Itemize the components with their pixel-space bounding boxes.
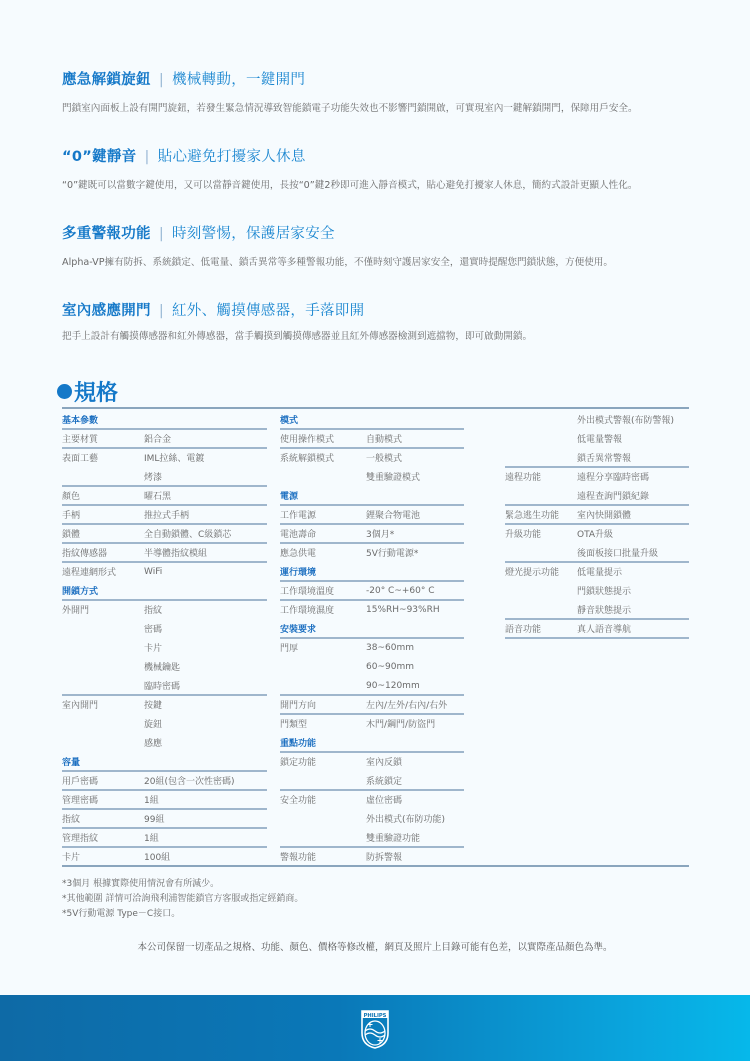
spec-value: 按鍵 [144, 698, 162, 711]
spec-value: 門鎖狀態提示 [577, 584, 631, 597]
spec-value: 一般模式 [366, 451, 402, 464]
spec-key: 管理密碼 [62, 793, 144, 806]
spec-row: 感應 [62, 733, 267, 752]
group-label: 重點功能 [280, 736, 316, 749]
spec-value: 低電量警報 [577, 432, 622, 445]
spec-row: 安全功能虛位密碼 [280, 790, 464, 809]
feature-heading: 多重警報功能|時刻警惕，保護居家安全 [62, 222, 692, 243]
feature-description: “0”鍵既可以當數字鍵使用，又可以當靜音鍵使用，長按“0”鍵2秒即可進入靜音模式… [62, 178, 692, 193]
spec-value: 全自動鎖體、C級鎖芯 [144, 527, 231, 540]
spec-row: 工作環境濕度15%RH~93%RH [280, 600, 464, 619]
feature-mute-key: “0”鍵靜音|貼心避免打擾家人休息 “0”鍵既可以當數字鍵使用，又可以當靜音鍵使… [62, 145, 692, 193]
spec-group-header: 開鎖方式 [62, 581, 267, 600]
spec-value: 鎖舌異常警報 [577, 451, 631, 464]
spec-value: 5V行動電源* [366, 546, 418, 559]
spec-row: 語音功能真人語音導航 [505, 619, 689, 638]
spec-row: 系統鎖定 [280, 771, 464, 790]
spec-group-header: 基本參數 [62, 410, 267, 429]
spec-key: 安全功能 [280, 793, 366, 806]
spec-key: 室內開門 [62, 698, 144, 711]
spec-value: 烤漆 [144, 470, 162, 483]
spec-row: 60~90mm [280, 657, 464, 676]
spec-value: IML拉絲、電鍍 [144, 451, 204, 464]
spec-row: 管理密碼1組 [62, 790, 267, 809]
spec-row: 表面工藝IML拉絲、電鍍 [62, 448, 267, 467]
spec-value: 雙重驗證模式 [366, 470, 420, 483]
spec-key: 門厚 [280, 641, 366, 654]
spec-value: 遠程查詢門鎖紀錄 [577, 489, 649, 502]
spec-value: 密碼 [144, 622, 162, 635]
spec-value: 左內/左外/右內/右外 [366, 698, 447, 711]
spec-key: 手柄 [62, 508, 144, 521]
spec-value: 防拆警報 [366, 850, 402, 863]
spec-value: 3個月* [366, 527, 394, 540]
spec-key: 燈光提示功能 [505, 565, 577, 578]
spec-value: 外出模式(布防功能) [366, 812, 445, 825]
spec-key: 遠程功能 [505, 470, 577, 483]
spec-bottom-rule [62, 865, 689, 867]
feature-description: 門鎖室內面板上設有開門旋鈕，若發生緊急情況導致智能鎖電子功能失效也不影響門鎖開啟… [62, 101, 692, 116]
group-label: 基本參數 [62, 413, 98, 426]
svg-text:PHILIPS: PHILIPS [364, 1013, 387, 1019]
spec-key: 應急供電 [280, 546, 366, 559]
spec-value: 旋鈕 [144, 717, 162, 730]
spec-value: 低電量提示 [577, 565, 622, 578]
spec-row: 烤漆 [62, 467, 267, 486]
spec-value: 半導體指紋模組 [144, 546, 207, 559]
spec-row: 90~120mm [280, 676, 464, 695]
spec-row: 雙重驗證功能 [280, 828, 464, 847]
spec-row: 應急供電5V行動電源* [280, 543, 464, 562]
feature-multi-alarm: 多重警報功能|時刻警惕，保護居家安全 Alpha-VP擁有防拆、系統鎖定、低電量… [62, 222, 692, 270]
spec-key: 門類型 [280, 717, 366, 730]
feature-heading: 應急解鎖旋鈕|機械轉動，一鍵開門 [62, 68, 692, 89]
spec-value: 室內快開鎖體 [577, 508, 631, 521]
spec-value: 90~120mm [366, 681, 420, 691]
spec-row: 機械鑰匙 [62, 657, 267, 676]
spec-value: 指紋 [144, 603, 162, 616]
spec-row: 門鎖狀態提示 [505, 581, 689, 600]
spec-value: -20° C~+60° C [366, 586, 435, 596]
spec-group-header: 模式 [280, 410, 464, 429]
spec-row: 外出模式警報(布防警報) [505, 410, 689, 429]
spec-value: 後面板接口批量升級 [577, 546, 658, 559]
spec-top-rule [62, 407, 689, 409]
spec-key: 工作電源 [280, 508, 366, 521]
spec-row: 外出模式(布防功能) [280, 809, 464, 828]
spec-value: 1組 [144, 831, 159, 844]
group-label: 安裝要求 [280, 622, 316, 635]
spec-row: 臨時密碼 [62, 676, 267, 695]
spec-end-rule [505, 638, 689, 657]
spec-row: 指紋99組 [62, 809, 267, 828]
spec-row: 鎖舌異常警報 [505, 448, 689, 467]
spec-value: WiFi [144, 567, 162, 577]
spec-key: 警報功能 [280, 850, 366, 863]
spec-row: 工作環境溫度-20° C~+60° C [280, 581, 464, 600]
spec-column-mode: 模式使用操作模式自動模式系統解鎖模式一般模式雙重驗證模式電源工作電源鋰聚合物電池… [280, 410, 464, 866]
spec-key: 管理指紋 [62, 831, 144, 844]
spec-row: 室內開門按鍵 [62, 695, 267, 714]
philips-shield-logo-icon: PHILIPS [360, 1009, 390, 1049]
spec-key: 使用操作模式 [280, 432, 366, 445]
spec-value: 15%RH~93%RH [366, 605, 440, 615]
feature-indoor-sensor: 室內感應開門|紅外、觸摸傳感器，手落即開 把手上設計有觸摸傳感器和紅外傳感器，當… [62, 299, 692, 344]
group-label: 模式 [280, 413, 298, 426]
spec-key: 指紋 [62, 812, 144, 825]
spec-column-functions: 外出模式警報(布防警報)低電量警報鎖舌異常警報遠程功能遠程分享臨時密碼遠程查詢門… [505, 410, 689, 657]
spec-row: 雙重驗證模式 [280, 467, 464, 486]
spec-value: 20組(包含一次性密碼) [144, 774, 234, 787]
spec-row: 後面板接口批量升級 [505, 543, 689, 562]
spec-row: 工作電源鋰聚合物電池 [280, 505, 464, 524]
spec-key: 工作環境濕度 [280, 603, 366, 616]
spec-row: 密碼 [62, 619, 267, 638]
spec-value: 真人語音導航 [577, 622, 631, 635]
feature-description: 把手上設計有觸摸傳感器和紅外傳感器，當手觸摸到觸摸傳感器並且紅外傳感器檢測到遮擋… [62, 329, 692, 344]
spec-row: 鎖定功能室內反鎖 [280, 752, 464, 771]
spec-key: 升級功能 [505, 527, 577, 540]
feature-description: Alpha-VP擁有防拆、系統鎖定、低電量、鎖舌異常等多種警報功能，不僅時刻守護… [62, 255, 692, 270]
spec-value: 1組 [144, 793, 159, 806]
spec-value: OTA升級 [577, 527, 613, 540]
spec-value: 雙重驗證功能 [366, 831, 420, 844]
spec-key: 系統解鎖模式 [280, 451, 366, 464]
spec-key: 外開門 [62, 603, 144, 616]
spec-key: 鎖定功能 [280, 755, 366, 768]
spec-row: 顏色曜石黑 [62, 486, 267, 505]
spec-row: 升級功能OTA升級 [505, 524, 689, 543]
spec-value: 鋰聚合物電池 [366, 508, 420, 521]
spec-group-header: 電源 [280, 486, 464, 505]
spec-key: 遠程連網形式 [62, 565, 144, 578]
spec-key: 顏色 [62, 489, 144, 502]
spec-group-header: 容量 [62, 752, 267, 771]
feature-heading: “0”鍵靜音|貼心避免打擾家人休息 [62, 145, 692, 166]
spec-key: 開門方向 [280, 698, 366, 711]
feature-emergency-knob: 應急解鎖旋鈕|機械轉動，一鍵開門 門鎖室內面板上設有開門旋鈕，若發生緊急情況導致… [62, 68, 692, 116]
spec-key: 緊急逃生功能 [505, 508, 577, 521]
spec-row: 手柄推拉式手柄 [62, 505, 267, 524]
spec-row: 燈光提示功能低電量提示 [505, 562, 689, 581]
spec-group-header: 安裝要求 [280, 619, 464, 638]
spec-value: 系統鎖定 [366, 774, 402, 787]
spec-row: 鎖體全自動鎖體、C級鎖芯 [62, 524, 267, 543]
spec-row: 靜音狀態提示 [505, 600, 689, 619]
spec-key: 語音功能 [505, 622, 577, 635]
spec-value: 感應 [144, 736, 162, 749]
spec-row: 遠程連網形式WiFi [62, 562, 267, 581]
spec-key: 指紋傳感器 [62, 546, 144, 559]
spec-value: 室內反鎖 [366, 755, 402, 768]
spec-row: 門厚38~60mm [280, 638, 464, 657]
footnote: *3個月 根據實際使用情況會有所減少。 [62, 877, 303, 892]
spec-row: 低電量警報 [505, 429, 689, 448]
spec-row: 管理指紋1組 [62, 828, 267, 847]
footnotes: *3個月 根據實際使用情況會有所減少。 *其他範圍 詳情可洽詢飛利浦智能鎖官方客… [62, 877, 303, 922]
spec-key: 主要材質 [62, 432, 144, 445]
group-label: 開鎖方式 [62, 584, 98, 597]
spec-row: 警報功能防拆警報 [280, 847, 464, 866]
spec-row: 指紋傳感器半導體指紋模組 [62, 543, 267, 562]
footnote: *其他範圍 詳情可洽詢飛利浦智能鎖官方客服或指定經銷商。 [62, 892, 303, 907]
spec-value: 曜石黑 [144, 489, 171, 502]
spec-row: 卡片 [62, 638, 267, 657]
spec-value: 卡片 [144, 641, 162, 654]
spec-value: 38~60mm [366, 643, 414, 653]
disclaimer: 本公司保留一切產品之規格、功能、顏色、價格等修改權，網頁及照片上目錄可能有色差，… [0, 939, 750, 953]
group-label: 容量 [62, 755, 80, 768]
spec-value: 臨時密碼 [144, 679, 180, 692]
spec-row: 開門方向左內/左外/右內/右外 [280, 695, 464, 714]
spec-value: 自動模式 [366, 432, 402, 445]
spec-value: 機械鑰匙 [144, 660, 180, 673]
spec-key: 電池壽命 [280, 527, 366, 540]
spec-column-basic: 基本參數主要材質鋁合金表面工藝IML拉絲、電鍍烤漆顏色曜石黑手柄推拉式手柄鎖體全… [62, 410, 267, 866]
spec-section-title: 規格 [57, 376, 118, 407]
spec-row: 使用操作模式自動模式 [280, 429, 464, 448]
spec-row: 遠程查詢門鎖紀錄 [505, 486, 689, 505]
spec-key: 表面工藝 [62, 451, 144, 464]
spec-row: 系統解鎖模式一般模式 [280, 448, 464, 467]
group-label: 運行環境 [280, 565, 316, 578]
spec-value: 100組 [144, 850, 170, 863]
spec-key: 鎖體 [62, 527, 144, 540]
bullet-dot-icon [57, 384, 72, 399]
spec-row: 用戶密碼20組(包含一次性密碼) [62, 771, 267, 790]
spec-value: 外出模式警報(布防警報) [577, 413, 674, 426]
spec-key: 卡片 [62, 850, 144, 863]
spec-row: 卡片100組 [62, 847, 267, 866]
spec-row: 電池壽命3個月* [280, 524, 464, 543]
footnote: *5V行動電源 Type－C接口。 [62, 907, 303, 922]
spec-value: 靜音狀態提示 [577, 603, 631, 616]
spec-value: 60~90mm [366, 662, 414, 672]
spec-row: 門類型木門/鋼門/防盜門 [280, 714, 464, 733]
spec-value: 99組 [144, 812, 164, 825]
spec-row: 遠程功能遠程分享臨時密碼 [505, 467, 689, 486]
spec-row: 旋鈕 [62, 714, 267, 733]
group-label: 電源 [280, 489, 298, 502]
spec-group-header: 重點功能 [280, 733, 464, 752]
spec-key: 工作環境溫度 [280, 584, 366, 597]
spec-group-header: 運行環境 [280, 562, 464, 581]
spec-key: 用戶密碼 [62, 774, 144, 787]
spec-value: 木門/鋼門/防盜門 [366, 717, 435, 730]
spec-value: 遠程分享臨時密碼 [577, 470, 649, 483]
spec-value: 鋁合金 [144, 432, 171, 445]
spec-row: 主要材質鋁合金 [62, 429, 267, 448]
spec-row: 緊急逃生功能室內快開鎖體 [505, 505, 689, 524]
spec-row: 外開門指紋 [62, 600, 267, 619]
spec-value: 推拉式手柄 [144, 508, 189, 521]
feature-heading: 室內感應開門|紅外、觸摸傳感器，手落即開 [62, 299, 692, 320]
spec-value: 虛位密碼 [366, 793, 402, 806]
